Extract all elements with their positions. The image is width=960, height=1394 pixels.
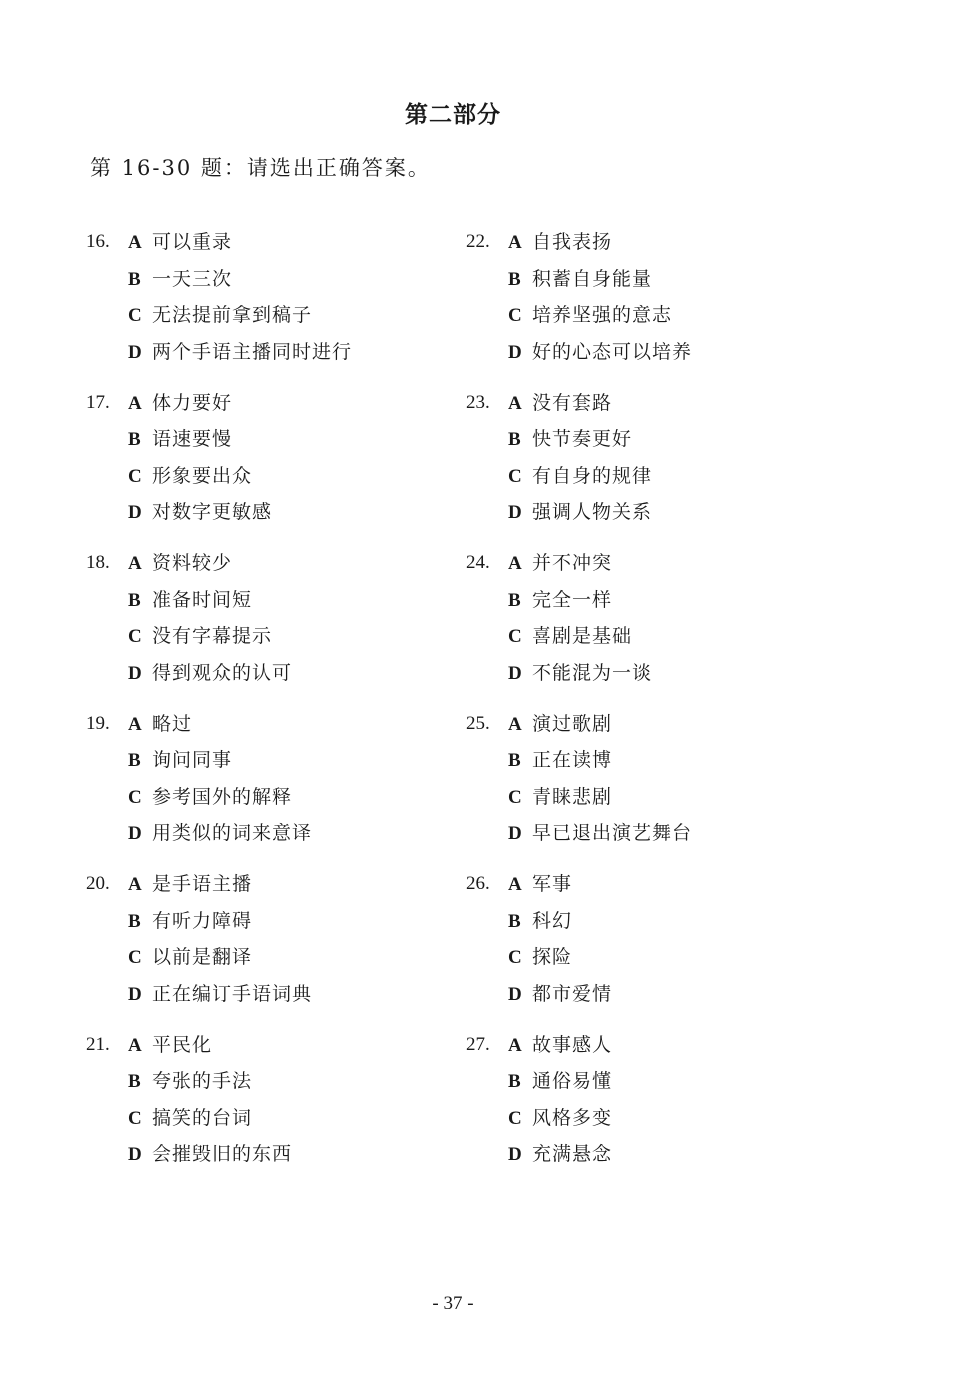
- option-c: C没有字幕提示: [128, 622, 272, 659]
- option-d: D充满悬念: [508, 1140, 612, 1177]
- option-letter: B: [508, 426, 532, 454]
- option-letter: D: [508, 339, 532, 367]
- option-c: C青睐悲剧: [508, 783, 612, 820]
- option-text: 充满悬念: [532, 1143, 612, 1165]
- option-text: 正在编订手语词典: [152, 983, 312, 1005]
- option-d: D早已退出演艺舞台: [508, 819, 692, 856]
- option-text: 询问同事: [152, 749, 232, 771]
- option-c: C参考国外的解释: [128, 783, 292, 820]
- option-a: A平民化: [128, 1031, 212, 1068]
- option-text: 平民化: [152, 1034, 212, 1056]
- option-text: 没有套路: [532, 392, 612, 414]
- question-number: 25.: [466, 710, 506, 738]
- option-d: D得到观众的认可: [128, 659, 292, 696]
- option-a: A演过歌剧: [508, 710, 612, 747]
- question-number: 22.: [466, 228, 506, 256]
- option-text: 军事: [532, 873, 572, 895]
- option-letter: C: [508, 623, 532, 651]
- option-letter: B: [128, 426, 152, 454]
- option-c: C培养坚强的意志: [508, 301, 672, 338]
- option-letter: B: [128, 908, 152, 936]
- option-text: 有自身的规律: [532, 465, 652, 487]
- option-text: 得到观众的认可: [152, 662, 292, 684]
- option-c: C探险: [508, 943, 572, 980]
- option-text: 都市爱情: [532, 983, 612, 1005]
- option-text: 完全一样: [532, 589, 612, 611]
- option-text: 语速要慢: [152, 428, 232, 450]
- option-a: A可以重录: [128, 228, 232, 265]
- option-d: D两个手语主播同时进行: [128, 338, 352, 375]
- option-letter: A: [128, 711, 152, 739]
- option-b: B正在读博: [508, 746, 612, 783]
- option-b: B科幻: [508, 907, 572, 944]
- option-letter: A: [128, 390, 152, 418]
- option-text: 强调人物关系: [532, 501, 652, 523]
- option-letter: A: [508, 229, 532, 257]
- option-b: B夸张的手法: [128, 1067, 252, 1104]
- question-number: 16.: [86, 228, 126, 256]
- option-text: 会摧毁旧的东西: [152, 1143, 292, 1165]
- option-b: B快节奏更好: [508, 425, 632, 462]
- option-letter: A: [128, 229, 152, 257]
- option-text: 青睐悲剧: [532, 786, 612, 808]
- option-a: A资料较少: [128, 549, 232, 586]
- option-c: C喜剧是基础: [508, 622, 632, 659]
- option-text: 早已退出演艺舞台: [532, 822, 692, 844]
- option-text: 无法提前拿到稿子: [152, 304, 312, 326]
- option-text: 通俗易懂: [532, 1070, 612, 1092]
- option-letter: A: [508, 871, 532, 899]
- option-letter: C: [508, 1105, 532, 1133]
- question-number: 18.: [86, 549, 126, 577]
- option-text: 并不冲突: [532, 552, 612, 574]
- question-number: 27.: [466, 1031, 506, 1059]
- option-a: A体力要好: [128, 389, 232, 426]
- option-d: D正在编订手语词典: [128, 980, 312, 1017]
- option-b: B通俗易懂: [508, 1067, 612, 1104]
- option-text: 体力要好: [152, 392, 232, 414]
- option-a: A略过: [128, 710, 192, 747]
- option-letter: C: [508, 302, 532, 330]
- option-text: 搞笑的台词: [152, 1107, 252, 1129]
- option-b: B积蓄自身能量: [508, 265, 652, 302]
- option-letter: A: [128, 871, 152, 899]
- option-text: 准备时间短: [152, 589, 252, 611]
- option-letter: C: [508, 944, 532, 972]
- option-b: B语速要慢: [128, 425, 232, 462]
- option-a: A并不冲突: [508, 549, 612, 586]
- option-c: C有自身的规律: [508, 462, 652, 499]
- option-b: B询问同事: [128, 746, 232, 783]
- option-c: C以前是翻译: [128, 943, 252, 980]
- option-letter: D: [508, 981, 532, 1009]
- option-letter: B: [508, 908, 532, 936]
- option-letter: A: [508, 711, 532, 739]
- option-text: 正在读博: [532, 749, 612, 771]
- option-letter: C: [128, 623, 152, 651]
- option-text: 有听力障碍: [152, 910, 252, 932]
- option-text: 两个手语主播同时进行: [152, 341, 352, 363]
- option-text: 是手语主播: [152, 873, 252, 895]
- option-a: A自我表扬: [508, 228, 612, 265]
- option-b: B准备时间短: [128, 586, 252, 623]
- option-letter: D: [508, 660, 532, 688]
- question-number: 19.: [86, 710, 126, 738]
- option-c: C无法提前拿到稿子: [128, 301, 312, 338]
- option-d: D对数字更敏感: [128, 498, 272, 535]
- option-letter: B: [508, 587, 532, 615]
- option-text: 演过歌剧: [532, 713, 612, 735]
- option-text: 故事感人: [532, 1034, 612, 1056]
- option-text: 以前是翻译: [152, 946, 252, 968]
- option-letter: A: [508, 390, 532, 418]
- option-letter: D: [128, 660, 152, 688]
- option-text: 形象要出众: [152, 465, 252, 487]
- option-text: 科幻: [532, 910, 572, 932]
- option-text: 可以重录: [152, 231, 232, 253]
- option-d: D用类似的词来意译: [128, 819, 312, 856]
- option-text: 积蓄自身能量: [532, 268, 652, 290]
- option-a: A没有套路: [508, 389, 612, 426]
- question-number: 17.: [86, 389, 126, 417]
- option-letter: D: [508, 820, 532, 848]
- question-number: 26.: [466, 870, 506, 898]
- option-letter: A: [508, 1032, 532, 1060]
- option-a: A故事感人: [508, 1031, 612, 1068]
- option-letter: D: [508, 1141, 532, 1169]
- option-text: 一天三次: [152, 268, 232, 290]
- option-text: 略过: [152, 713, 192, 735]
- option-b: B有听力障碍: [128, 907, 252, 944]
- section-title: 第二部分: [0, 96, 906, 129]
- option-letter: D: [128, 499, 152, 527]
- option-d: D强调人物关系: [508, 498, 652, 535]
- option-d: D不能混为一谈: [508, 659, 652, 696]
- option-letter: B: [128, 747, 152, 775]
- option-letter: C: [128, 944, 152, 972]
- option-text: 对数字更敏感: [152, 501, 272, 523]
- option-letter: C: [128, 463, 152, 491]
- option-text: 用类似的词来意译: [152, 822, 312, 844]
- option-text: 好的心态可以培养: [532, 341, 692, 363]
- option-letter: D: [508, 499, 532, 527]
- option-letter: D: [128, 981, 152, 1009]
- question-number: 20.: [86, 870, 126, 898]
- option-letter: C: [128, 1105, 152, 1133]
- option-b: B完全一样: [508, 586, 612, 623]
- option-letter: A: [128, 550, 152, 578]
- option-d: D都市爱情: [508, 980, 612, 1017]
- option-text: 风格多变: [532, 1107, 612, 1129]
- option-text: 参考国外的解释: [152, 786, 292, 808]
- option-letter: B: [508, 1068, 532, 1096]
- option-text: 夸张的手法: [152, 1070, 252, 1092]
- option-letter: B: [128, 1068, 152, 1096]
- option-d: D好的心态可以培养: [508, 338, 692, 375]
- option-c: C形象要出众: [128, 462, 252, 499]
- option-text: 培养坚强的意志: [532, 304, 672, 326]
- option-letter: D: [128, 820, 152, 848]
- option-letter: C: [508, 463, 532, 491]
- option-letter: C: [128, 302, 152, 330]
- option-text: 快节奏更好: [532, 428, 632, 450]
- option-a: A军事: [508, 870, 572, 907]
- option-text: 没有字幕提示: [152, 625, 272, 647]
- option-letter: A: [508, 550, 532, 578]
- option-letter: B: [128, 266, 152, 294]
- option-letter: B: [508, 266, 532, 294]
- question-number: 21.: [86, 1031, 126, 1059]
- option-text: 资料较少: [152, 552, 232, 574]
- option-letter: D: [128, 339, 152, 367]
- option-letter: D: [128, 1141, 152, 1169]
- option-text: 探险: [532, 946, 572, 968]
- option-b: B一天三次: [128, 265, 232, 302]
- option-c: C风格多变: [508, 1104, 612, 1141]
- option-a: A是手语主播: [128, 870, 252, 907]
- question-number: 23.: [466, 389, 506, 417]
- option-text: 喜剧是基础: [532, 625, 632, 647]
- option-text: 不能混为一谈: [532, 662, 652, 684]
- option-letter: C: [128, 784, 152, 812]
- question-number: 24.: [466, 549, 506, 577]
- option-letter: B: [508, 747, 532, 775]
- option-text: 自我表扬: [532, 231, 612, 253]
- option-c: C搞笑的台词: [128, 1104, 252, 1141]
- instruction-text: 第 16-30 题：请选出正确答案。: [90, 152, 431, 182]
- option-d: D会摧毁旧的东西: [128, 1140, 292, 1177]
- page-number: - 37 -: [0, 1293, 906, 1315]
- option-letter: A: [128, 1032, 152, 1060]
- option-letter: C: [508, 784, 532, 812]
- option-letter: B: [128, 587, 152, 615]
